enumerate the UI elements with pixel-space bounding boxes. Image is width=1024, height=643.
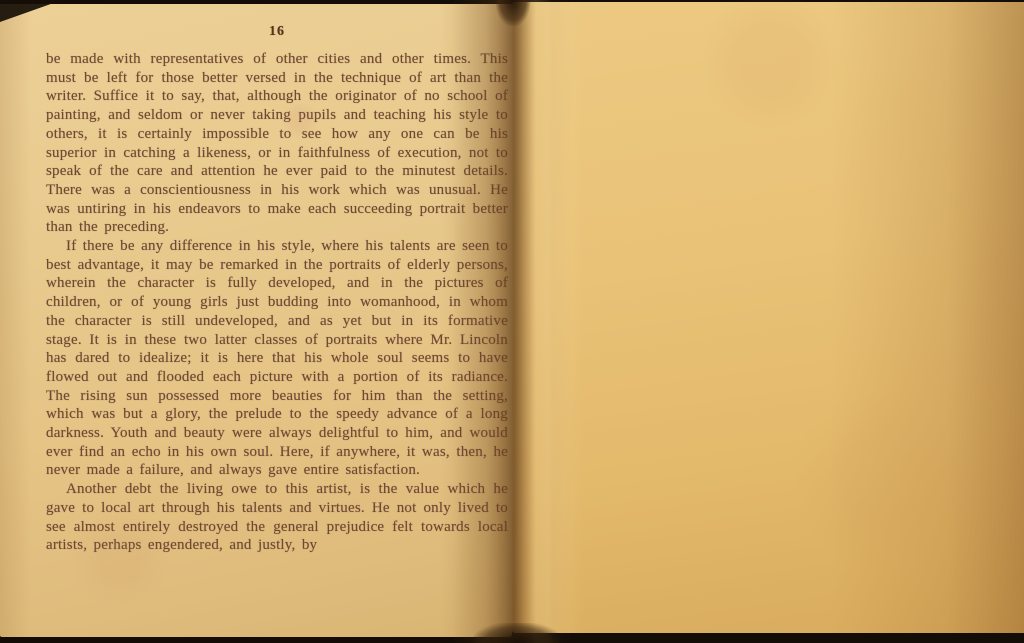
book-spine-bottom-shadow [474, 623, 560, 643]
page-left-text: be made with representatives of other ci… [46, 50, 508, 555]
book-spine-top-shadow [496, 0, 530, 26]
open-book-photo: 16 be made with representatives of other… [0, 0, 1024, 643]
photo-corner-shadow [0, 0, 62, 22]
paragraph: be made with representatives of other ci… [46, 50, 508, 237]
paragraph: Another debt the living owe to this arti… [46, 480, 508, 555]
page-right: 17 men of the Sam Slick type, but found … [512, 2, 1024, 633]
page-left: 16 be made with representatives of other… [0, 4, 512, 637]
paragraph: If there be any difference in his style,… [46, 237, 508, 480]
page-number-left: 16 [46, 24, 508, 40]
